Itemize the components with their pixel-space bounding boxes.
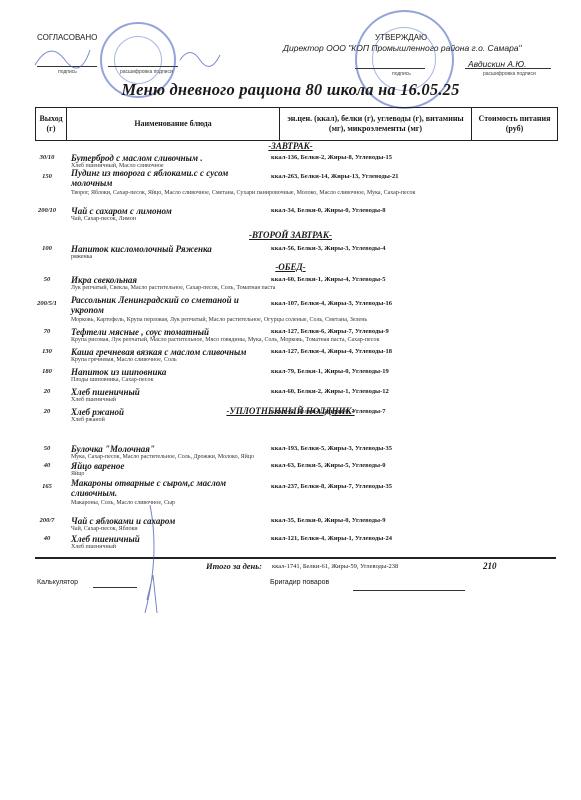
item-output: 150 — [30, 173, 64, 180]
item-name: Чай с яблоками и сахаром — [71, 516, 271, 526]
item-name: Хлеб пшеничный — [71, 387, 271, 397]
item-name: Тефтели мясные , соус томатный — [71, 327, 271, 337]
item-ingredients: Лук репчатый, Свекла, Масло растительное… — [71, 285, 471, 293]
signature-decode-line-right — [465, 68, 551, 69]
item-output: 50 — [30, 276, 64, 283]
item-output: 20 — [30, 388, 64, 395]
item-output: 200/7 — [30, 517, 64, 524]
header-cost: Стоимость питания (руб) — [472, 108, 557, 140]
header-dish-name: Наименование блюда — [67, 108, 280, 140]
signature-decode-caption-right: расшифровка подписи — [483, 71, 536, 77]
item-ingredients: Макароны, Соль, Масло сливочное, Сыр — [71, 500, 471, 508]
item-name: Макароны отварные с сыром,с маслом сливо… — [71, 478, 271, 498]
section-title: -ОБЕД- — [0, 262, 581, 272]
item-nutrition: ккал-237, Белки-8, Жиры-7, Углеводы-35 — [271, 483, 392, 490]
item-nutrition: ккал-60, Белки-2, Жиры-1, Углеводы-12 — [271, 388, 389, 395]
item-ingredients: Хлеб ржаной — [71, 417, 471, 425]
item-output: 200/5/1 — [30, 300, 64, 307]
item-name: Хлеб пшеничный — [71, 534, 271, 544]
item-output: 50 — [30, 445, 64, 452]
item-output: 200/10 — [30, 207, 64, 214]
calculator-signature-line — [93, 587, 137, 588]
signature-left-icon — [30, 35, 230, 80]
item-output: 100 — [30, 245, 64, 252]
item-name: Яйцо вареное — [71, 461, 271, 471]
item-nutrition: ккал-121, Белки-4, Жиры-1, Углеводы-24 — [271, 535, 392, 542]
section-title: -ЗАВТРАК- — [0, 141, 581, 151]
item-name: Напиток кисломолочный Ряженка — [71, 244, 271, 254]
item-ingredients: Чай, Сахар-песок, Лимон — [71, 216, 471, 224]
item-output: 130 — [30, 348, 64, 355]
item-ingredients: Хлеб пшеничный — [71, 397, 471, 405]
header-nutrition: эн.цен. (ккал), белки (г), углеводы (г),… — [280, 108, 472, 140]
item-name: Каша гречневая вязкая с маслом сливочным — [71, 347, 271, 357]
item-name: Икра свекольная — [71, 275, 271, 285]
page-title: Меню дневного рациона 80 школа на 16.05.… — [0, 80, 581, 100]
divider — [35, 557, 556, 559]
item-nutrition: ккал-60, Белки-1, Жиры-4, Углеводы-5 — [271, 276, 385, 283]
head-cook-label: Бригадир поваров — [270, 579, 329, 586]
item-nutrition: ккал-193, Белки-5, Жиры-3, Углеводы-35 — [271, 445, 392, 452]
item-nutrition: ккал-34, Белки-0, Жиры-0, Углеводы-8 — [271, 207, 385, 214]
item-output: 165 — [30, 483, 64, 490]
item-ingredients: ряженка — [71, 254, 471, 262]
item-nutrition: ккал-63, Белки-5, Жиры-5, Углеводы-0 — [271, 462, 385, 469]
item-output: 30/10 — [30, 154, 64, 161]
calculator-label: Калькулятор — [37, 579, 78, 586]
item-ingredients: Крупа гречневая, Масло сливочное, Соль — [71, 357, 471, 365]
item-nutrition: ккал-263, Белки-14, Жиры-13, Углеводы-21 — [271, 173, 398, 180]
total-label: Итого за день: — [206, 561, 262, 571]
item-output: 70 — [30, 328, 64, 335]
item-nutrition: ккал-107, Белки-4, Жиры-3, Углеводы-16 — [271, 300, 392, 307]
item-name: Бутерброд с маслом сливочным . — [71, 153, 271, 163]
item-ingredients: Морковь, Картофель, Крупа перловая, Лук … — [71, 317, 471, 325]
item-ingredients: Крупа рисовая, Лук репчатый, Масло расти… — [71, 337, 471, 345]
item-output: 180 — [30, 368, 64, 375]
header-output: Выход (г) — [36, 108, 67, 140]
table-header: Выход (г) Наименование блюда эн.цен. (кк… — [35, 107, 558, 141]
pen-mark-icon — [135, 505, 165, 615]
item-name: Чай с сахаром с лимоном — [71, 206, 271, 216]
item-output: 40 — [30, 462, 64, 469]
total-value: ккал-1741, Белки-61, Жиры-59, Углеводы-2… — [272, 563, 398, 570]
item-nutrition: ккал-35, Белки-0, Жиры-0, Углеводы-9 — [271, 517, 385, 524]
section-title: -УПЛОТНЕННЫЙ ПОЛДНИК- — [0, 406, 581, 416]
item-name: Пудинг из творога с яблоками.с с сусом м… — [71, 168, 271, 188]
section-title: -ВТОРОЙ ЗАВТРАК- — [0, 230, 581, 240]
item-nutrition: ккал-127, Белки-4, Жиры-4, Углеводы-18 — [271, 348, 392, 355]
item-nutrition: ккал-136, Белки-2, Жиры-8, Углеводы-15 — [271, 154, 392, 161]
item-name: Рассольник Ленинградский со сметаной и у… — [71, 295, 271, 315]
total-cost: 210 — [483, 561, 497, 571]
item-name: Напиток из шиповника — [71, 367, 271, 377]
item-output: 40 — [30, 535, 64, 542]
head-cook-signature-line — [353, 590, 465, 591]
item-nutrition: ккал-56, Белки-3, Жиры-3, Углеводы-4 — [271, 245, 385, 252]
item-ingredients: Творог, Яблоки, Сахар-песок, Яйцо, Масло… — [71, 190, 471, 198]
item-name: Булочка "Молочная" — [71, 444, 271, 454]
item-nutrition: ккал-127, Белки-6, Жиры-7, Углеводы-9 — [271, 328, 389, 335]
item-ingredients: Плоды шиповника, Сахар-песок — [71, 377, 471, 385]
item-nutrition: ккал-79, Белки-1, Жиры-0, Углеводы-19 — [271, 368, 389, 375]
item-ingredients: Чай, Сахар-песок, Яблоки — [71, 526, 471, 534]
item-ingredients: Хлеб пшеничный — [71, 544, 471, 552]
